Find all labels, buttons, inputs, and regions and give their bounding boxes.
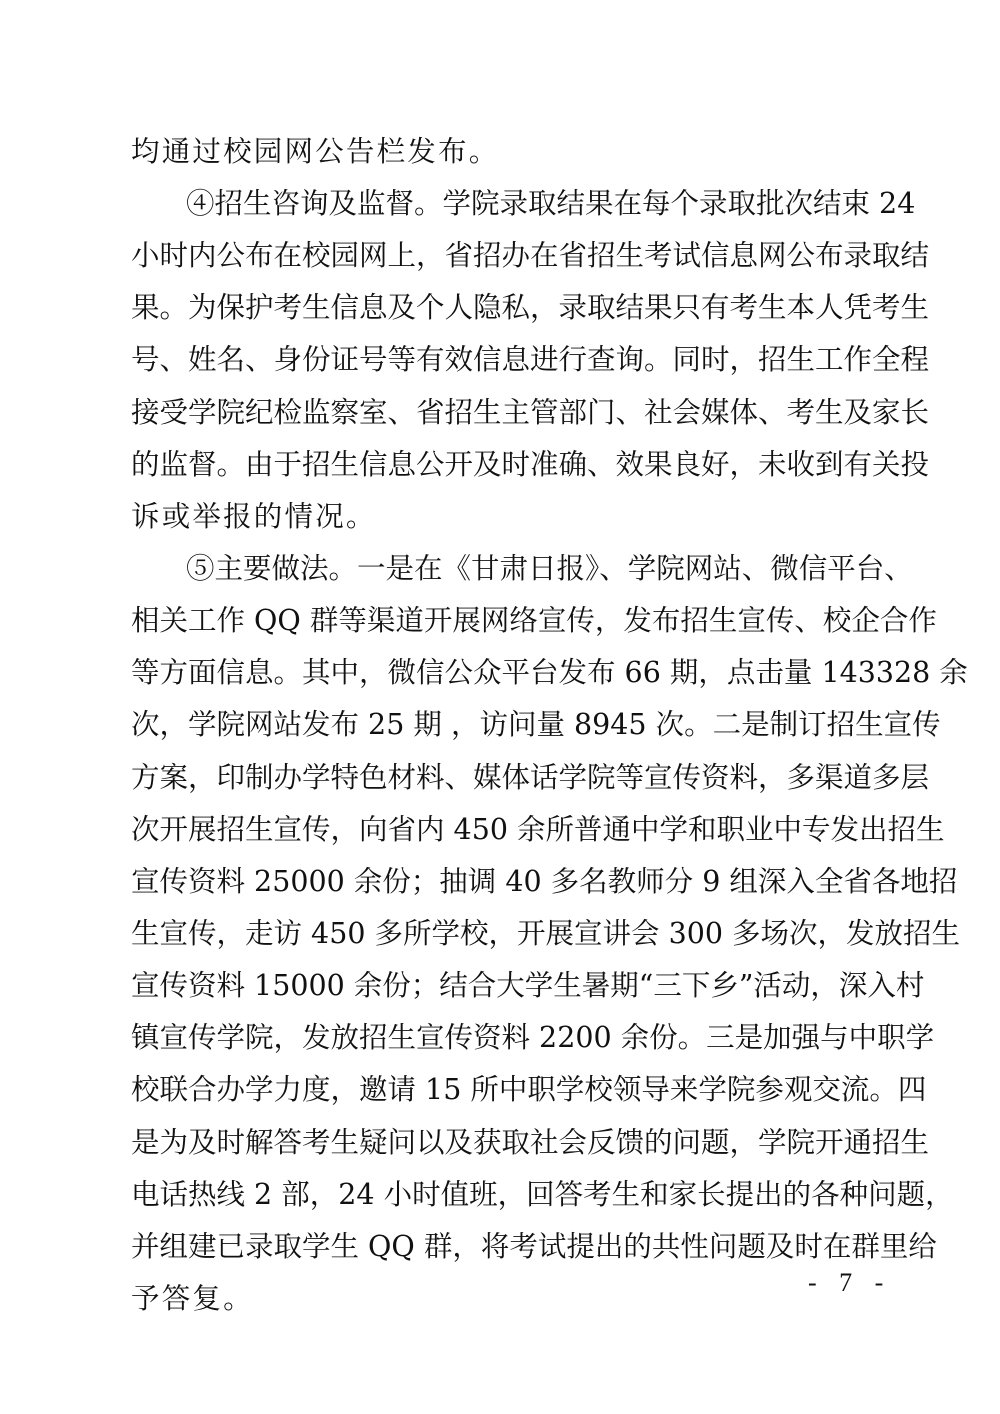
text-line: 宣传资料 25000 余份；抽调 40 多名教师分 9 组深入全省各地招 <box>131 862 871 902</box>
document-page: 均通过校园网公告栏发布。④招生咨询及监督。学院录取结果在每个录取批次结束 24小… <box>0 0 1000 1414</box>
text-line: 的监督。由于招生信息公开及时准确、效果良好，未收到有关投 <box>131 445 871 485</box>
text-line: 接受学院纪检监察室、省招生主管部门、社会媒体、考生及家长 <box>131 393 871 433</box>
text-line: 宣传资料 15000 余份；结合大学生暑期“三下乡”活动，深入村 <box>131 966 871 1006</box>
text-line: ④招生咨询及监督。学院录取结果在每个录取批次结束 24 <box>186 184 871 224</box>
text-line: ⑤主要做法。一是在《甘肃日报》、学院网站、微信平台、 <box>186 549 871 589</box>
text-line: 并组建已录取学生 QQ 群，将考试提出的共性问题及时在群里给 <box>131 1227 871 1267</box>
text-line: 镇宣传学院，发放招生宣传资料 2200 余份。三是加强与中职学 <box>131 1018 871 1058</box>
text-line: 予答复。 <box>131 1279 871 1319</box>
text-line: 均通过校园网公告栏发布。 <box>131 132 871 172</box>
text-line: 诉或举报的情况。 <box>131 497 871 537</box>
text-line: 次，学院网站发布 25 期 ，访问量 8945 次。二是制订招生宣传 <box>131 705 871 745</box>
text-line: 等方面信息。其中，微信公众平台发布 66 期，点击量 143328 余 <box>131 653 871 693</box>
text-line: 相关工作 QQ 群等渠道开展网络宣传，发布招生宣传、校企合作 <box>131 601 871 641</box>
text-line: 小时内公布在校园网上，省招办在省招生考试信息网公布录取结 <box>131 236 871 276</box>
text-line: 号、姓名、身份证号等有效信息进行查询。同时，招生工作全程 <box>131 340 871 380</box>
text-line: 校联合办学力度，邀请 15 所中职学校领导来学院参观交流。四 <box>131 1070 871 1110</box>
text-line: 生宣传，走访 450 多所学校，开展宣讲会 300 多场次，发放招生 <box>131 914 871 954</box>
page-number: - 7 - <box>808 1268 891 1298</box>
text-line: 是为及时解答考生疑问以及获取社会反馈的问题，学院开通招生 <box>131 1123 871 1163</box>
text-line: 果。为保护考生信息及个人隐私，录取结果只有考生本人凭考生 <box>131 288 871 328</box>
text-line: 方案，印制办学特色材料、媒体话学院等宣传资料，多渠道多层 <box>131 758 871 798</box>
text-line: 电话热线 2 部，24 小时值班，回答考生和家长提出的各种问题， <box>131 1175 871 1215</box>
text-line: 次开展招生宣传，向省内 450 余所普通中学和职业中专发出招生 <box>131 810 871 850</box>
